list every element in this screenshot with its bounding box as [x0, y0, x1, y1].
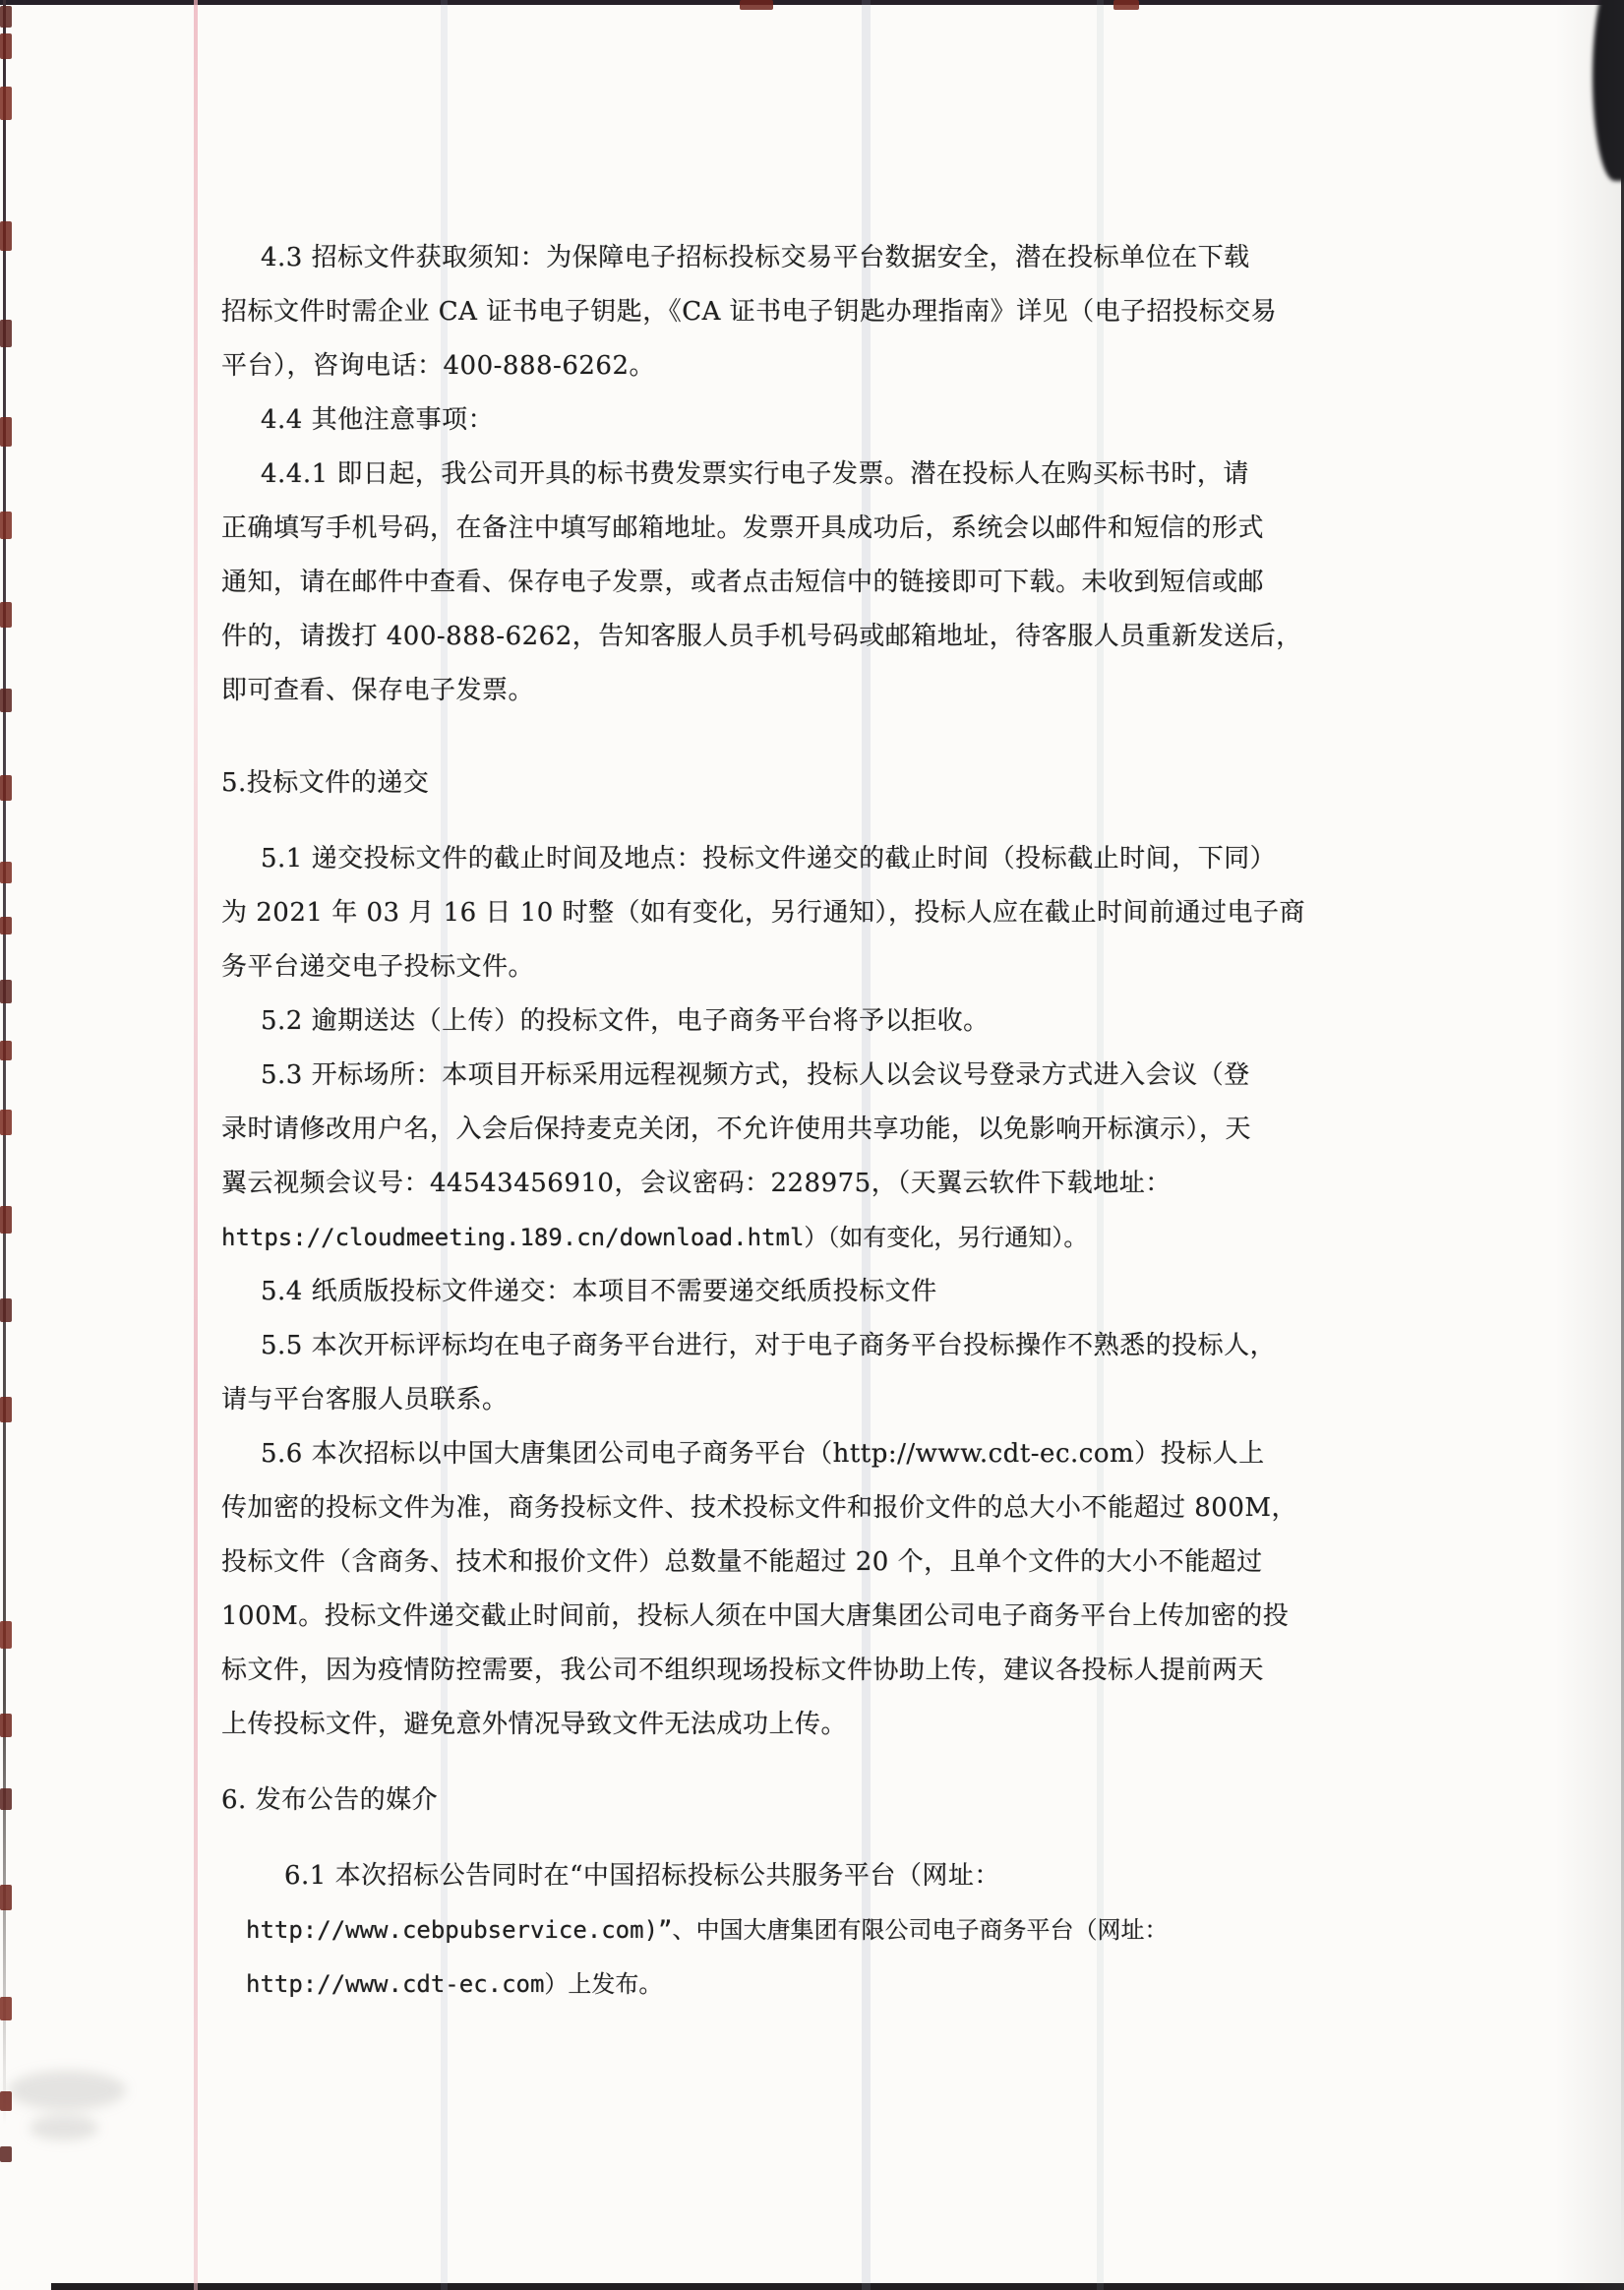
paragraph-4-3-line-2: 招标文件时需企业 CA 证书电子钥匙，《CA 证书电子钥匙办理指南》详见（电子招…	[221, 285, 1382, 339]
edge-mark	[0, 512, 12, 539]
paragraph-4-4-heading: 4.4 其他注意事项：	[221, 393, 1382, 448]
paragraph-5-3-line-2: 录时请修改用户名，入会后保持麦克关闭，不允许使用共享功能，以免影响开标演示），天	[221, 1103, 1382, 1157]
paragraph-6-1-line-2-url: http://www.cebpubservice.com)”、中国大唐集团有限公…	[221, 1903, 1382, 1958]
edge-mark	[0, 1397, 12, 1422]
edge-mark	[0, 2146, 12, 2162]
edge-mark	[0, 417, 12, 447]
paragraph-5-1-line-1: 5.1 递交投标文件的截止时间及地点：投标文件递交的截止时间（投标截止时间，下同…	[221, 832, 1382, 886]
paragraph-6-1-line-3-url: http://www.cdt-ec.com）上发布。	[221, 1958, 1382, 2012]
edge-mark	[0, 221, 12, 251]
edge-mark	[0, 1298, 12, 1322]
paragraph-4-3-line-3: 平台），咨询电话：400-888-6262。	[221, 339, 1382, 393]
paragraph-5-2: 5.2 逾期送达（上传）的投标文件，电子商务平台将予以拒收。	[221, 994, 1382, 1049]
paragraph-5-6-line-5: 标文件，因为疫情防控需要，我公司不组织现场投标文件协助上传，建议各投标人提前两天	[221, 1644, 1382, 1698]
paragraph-5-6-line-3: 投标文件（含商务、技术和报价文件）总数量不能超过 20 个，且单个文件的大小不能…	[221, 1536, 1382, 1590]
edge-mark	[0, 1110, 12, 1135]
paragraph-5-3-download-url: https://cloudmeeting.189.cn/download.htm…	[221, 1211, 1382, 1265]
edge-mark	[0, 862, 12, 883]
edge-mark	[0, 1041, 12, 1060]
paragraph-5-1-line-3: 务平台递交电子投标文件。	[221, 940, 1382, 994]
section-6-heading: 6. 发布公告的媒介	[221, 1774, 1382, 1828]
edge-mark	[0, 1885, 12, 1910]
section-5-heading: 5.投标文件的递交	[221, 756, 1382, 811]
right-margin-shading	[1555, 0, 1624, 2290]
paragraph-4-4-1-line-5: 即可查看、保存电子发票。	[221, 664, 1382, 718]
paragraph-5-3-line-3: 翼云视频会议号：44543456910，会议密码：228975，（天翼云软件下载…	[221, 1157, 1382, 1211]
edge-mark	[0, 6, 12, 28]
edge-mark	[0, 602, 12, 628]
edge-mark	[0, 1788, 12, 1810]
paragraph-5-6-line-4: 100M。投标文件递交截止时间前，投标人须在中国大唐集团公司电子商务平台上传加密…	[221, 1590, 1382, 1644]
paragraph-5-5-line-2: 请与平台客服人员联系。	[221, 1373, 1382, 1427]
paragraph-6-1-line-1: 6.1 本次招标公告同时在“中国招标投标公共服务平台（网址：	[221, 1849, 1382, 1903]
page-bottom-edge-shadow	[51, 2283, 1624, 2290]
paragraph-4-4-1-line-4: 件的，请拨打 400-888-6262，告知客服人员手机号码或邮箱地址，待客服人…	[221, 610, 1382, 664]
edge-mark	[0, 1206, 12, 1234]
scan-smudge	[30, 2115, 98, 2140]
paragraph-4-4-1-line-1: 4.4.1 即日起，我公司开具的标书费发票实行电子发票。潜在投标人在购买标书时，…	[221, 448, 1382, 502]
edge-mark-top	[1113, 0, 1139, 10]
paragraph-5-6-line-2: 传加密的投标文件为准，商务投标文件、技术投标文件和报价文件的总大小不能超过 80…	[221, 1481, 1382, 1536]
edge-mark	[0, 1621, 12, 1649]
paragraph-4-4-1-line-2: 正确填写手机号码，在备注中填写邮箱地址。发票开具成功后，系统会以邮件和短信的形式	[221, 502, 1382, 556]
page-top-edge-shadow	[0, 0, 1624, 5]
edge-mark	[0, 917, 12, 934]
paragraph-5-4: 5.4 纸质版投标文件递交：本项目不需要递交纸质投标文件	[221, 1265, 1382, 1319]
paragraph-5-6-line-1: 5.6 本次招标以中国大唐集团公司电子商务平台（http://www.cdt-e…	[221, 1427, 1382, 1481]
edge-mark	[0, 320, 12, 347]
edge-mark	[0, 980, 12, 1003]
paragraph-4-4-1-line-3: 通知，请在邮件中查看、保存电子发票，或者点击短信中的链接即可下载。未收到短信或邮	[221, 556, 1382, 610]
scan-smudge	[8, 2071, 126, 2110]
edge-mark	[0, 1997, 12, 2020]
paper-fold-line	[194, 0, 198, 2290]
paragraph-5-3-line-1: 5.3 开标场所：本项目开标采用远程视频方式，投标人以会议号登录方式进入会议（登	[221, 1049, 1382, 1103]
edge-mark	[0, 1714, 12, 1737]
paragraph-5-5-line-1: 5.5 本次开标评标均在电子商务平台进行，对于电子商务平台投标操作不熟悉的投标人…	[221, 1319, 1382, 1373]
paragraph-4-3-line-1: 4.3 招标文件获取须知：为保障电子招标投标交易平台数据安全，潜在投标单位在下载	[221, 231, 1382, 285]
paragraph-5-1-line-2: 为 2021 年 03 月 16 日 10 时整（如有变化，另行通知），投标人应…	[221, 886, 1382, 940]
scanned-document-page: 4.3 招标文件获取须知：为保障电子招标投标交易平台数据安全，潜在投标单位在下载…	[0, 0, 1624, 2290]
edge-mark	[0, 87, 12, 120]
edge-mark	[0, 33, 12, 59]
edge-mark	[0, 689, 12, 712]
text-column: 4.3 招标文件获取须知：为保障电子招标投标交易平台数据安全，潜在投标单位在下载…	[221, 231, 1382, 2012]
paragraph-5-6-line-6: 上传投标文件，避免意外情况导致文件无法成功上传。	[221, 1698, 1382, 1752]
edge-mark	[0, 2091, 12, 2111]
edge-mark-top	[740, 0, 773, 10]
edge-mark	[0, 775, 12, 801]
